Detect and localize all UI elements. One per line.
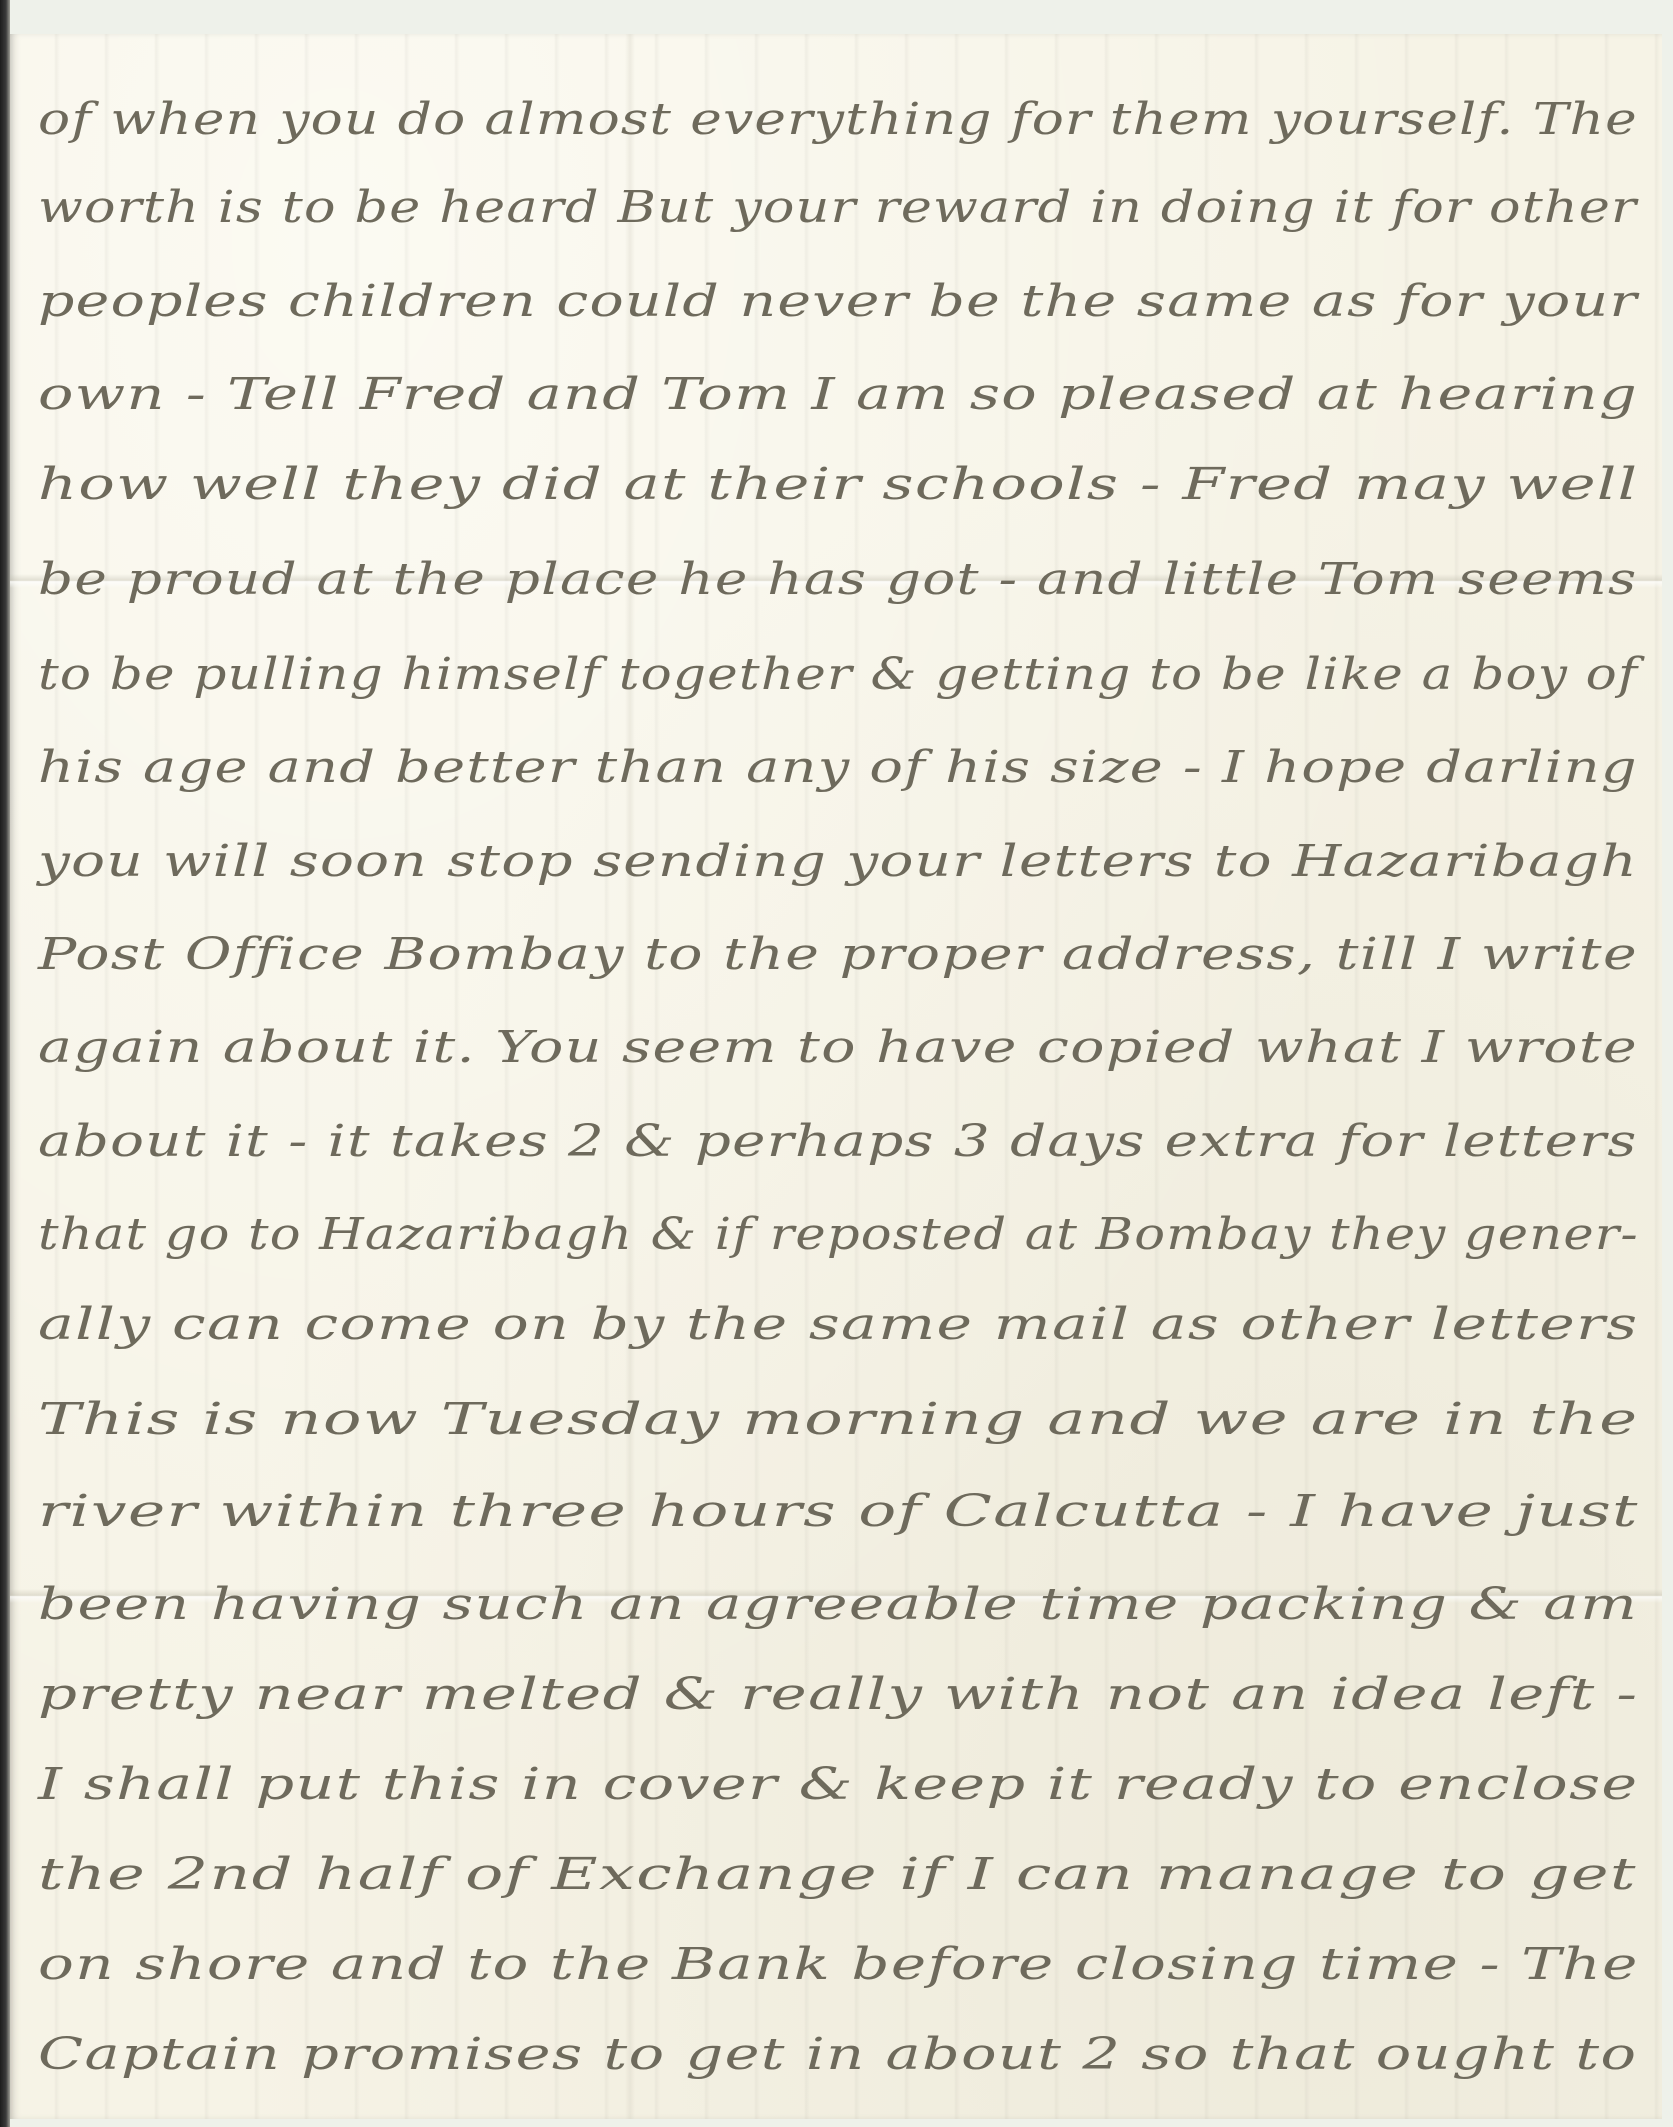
- text-line-16: river within three hours of Calcutta - I…: [38, 1486, 1639, 1537]
- text-line-20: the 2nd half of Exchange if I can manage…: [38, 1849, 1637, 1900]
- text-line-2: worth is to be heard But your reward in …: [38, 182, 1637, 233]
- text-line-6: be proud at the place he has got - and l…: [38, 554, 1637, 605]
- text-line-21: on shore and to the Bank before closing …: [38, 1939, 1639, 1990]
- text-line-7: to be pulling himself together & getting…: [38, 649, 1638, 700]
- text-line-13: that go to Hazaribagh & if reposted at B…: [38, 1209, 1639, 1260]
- text-line-3: peoples children could never be the same…: [38, 276, 1638, 327]
- letter-page: of when you do almost everything for the…: [10, 34, 1662, 2119]
- text-line-15: This is now Tuesday morning and we are i…: [38, 1394, 1639, 1445]
- text-line-9: you will soon stop sending your letters …: [38, 836, 1638, 887]
- text-line-14: ally can come on by the same mail as oth…: [38, 1299, 1638, 1350]
- text-line-5: how well they did at their schools - Fre…: [38, 459, 1638, 510]
- text-line-17: been having such an agreeable time packi…: [38, 1579, 1638, 1630]
- text-line-18: pretty near melted & really with not an …: [38, 1669, 1638, 1720]
- text-line-8: his age and better than any of his size …: [38, 742, 1638, 793]
- text-line-12: about it - it takes 2 & perhaps 3 days e…: [38, 1116, 1638, 1167]
- text-line-19: I shall put this in cover & keep it read…: [38, 1759, 1638, 1810]
- text-line-22: Captain promises to get in about 2 so th…: [38, 2029, 1637, 2080]
- text-line-10: Post Office Bombay to the proper address…: [38, 929, 1638, 980]
- text-line-4: own - Tell Fred and Tom I am so pleased …: [38, 369, 1638, 420]
- scan-edge-shadow: [0, 0, 10, 2127]
- text-line-1: of when you do almost everything for the…: [38, 94, 1638, 145]
- text-line-11: again about it. You seem to have copied …: [38, 1022, 1638, 1073]
